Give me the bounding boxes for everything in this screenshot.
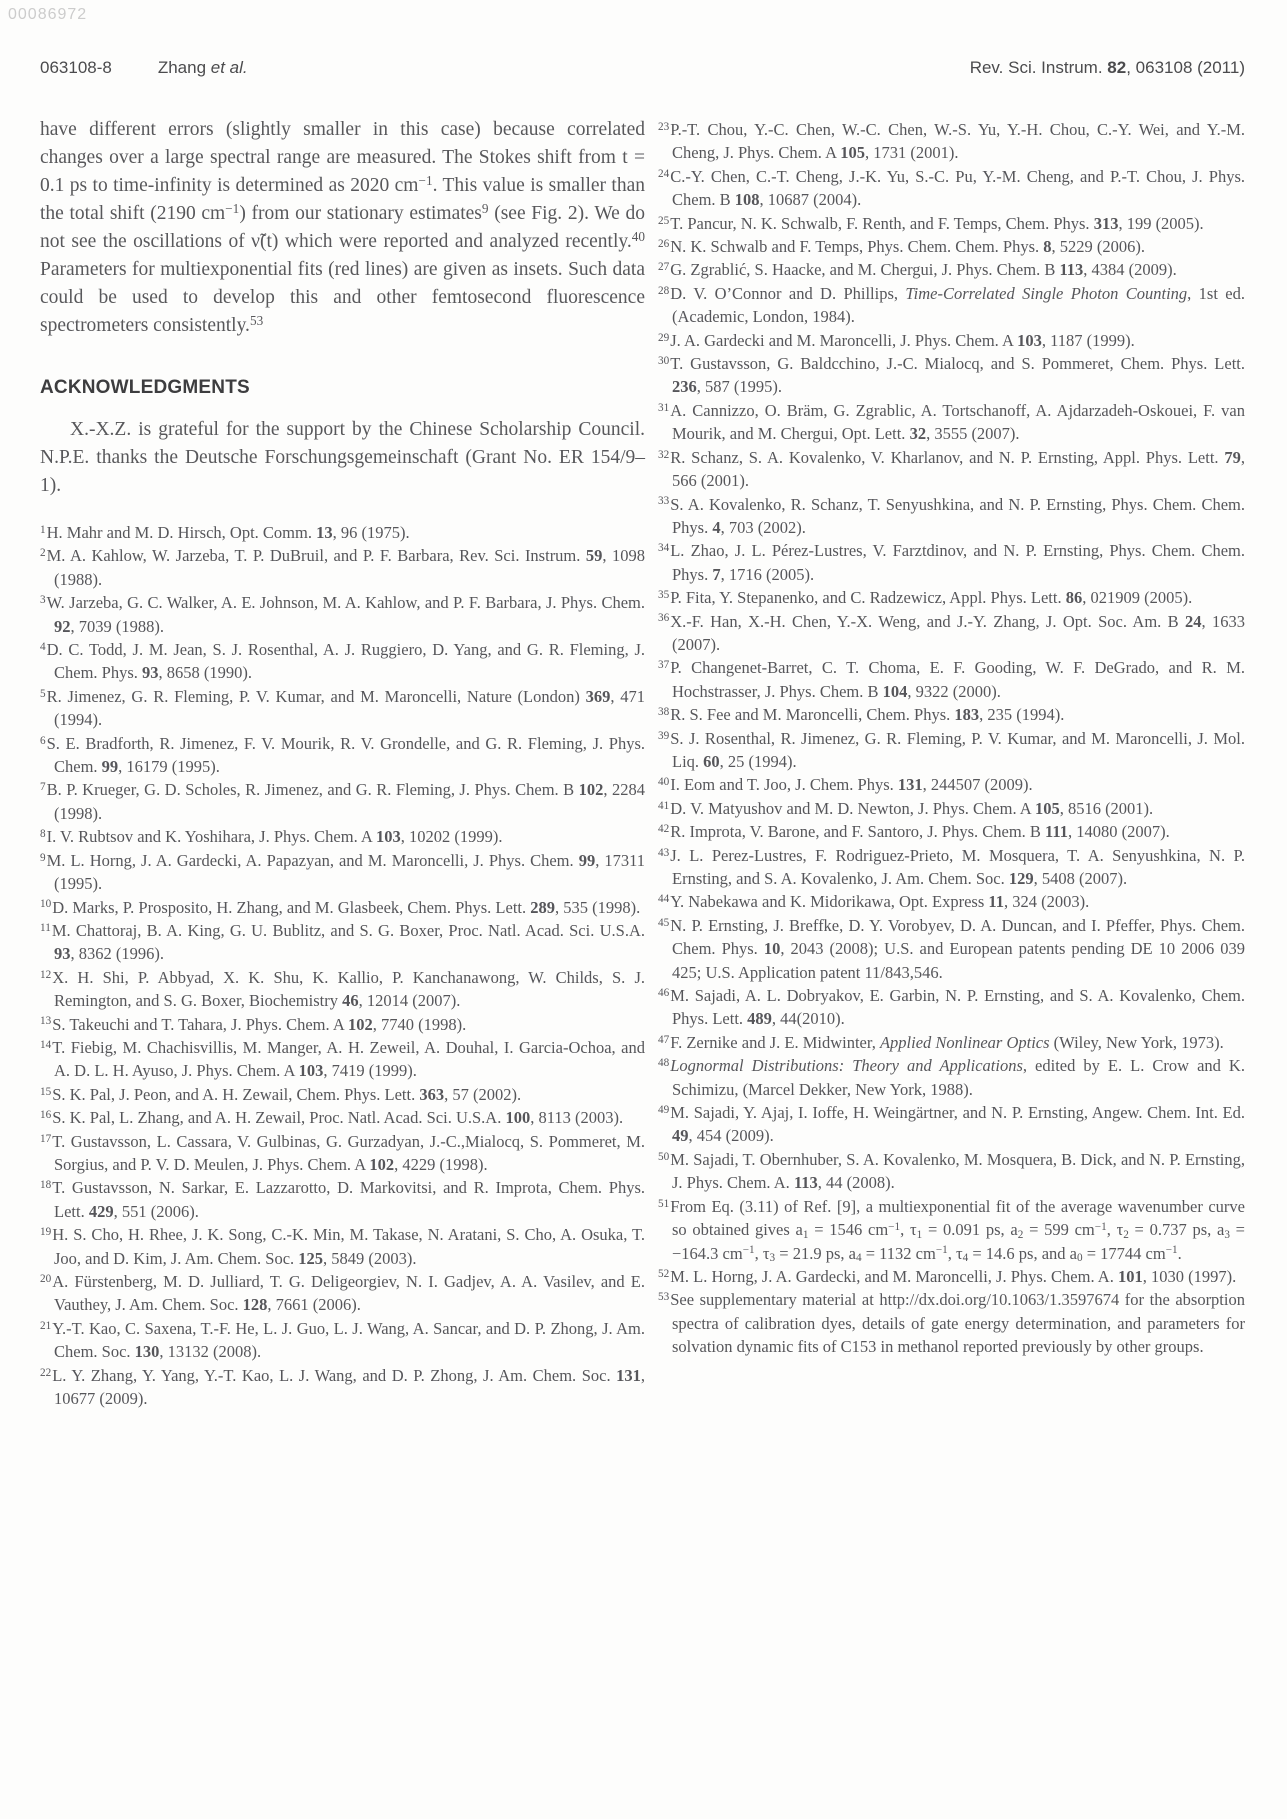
two-column-body: have different errors (slightly smaller …: [40, 116, 1245, 1410]
reference-number: 23: [658, 121, 669, 133]
right-column: 23P.-T. Chou, Y.-C. Chen, W.-C. Chen, W.…: [658, 116, 1245, 1410]
reference-number: 8: [40, 828, 46, 840]
reference-number: 39: [658, 730, 669, 742]
reference-item: 29J. A. Gardecki and M. Maroncelli, J. P…: [658, 329, 1245, 352]
reference-item: 21Y.-T. Kao, C. Saxena, T.-F. He, L. J. …: [40, 1317, 645, 1364]
reference-item: 42R. Improta, V. Barone, and F. Santoro,…: [658, 820, 1245, 843]
reference-item: 2M. A. Kahlow, W. Jarzeba, T. P. DuBruil…: [40, 544, 645, 591]
page-number: 063108-8: [40, 58, 112, 78]
reference-number: 45: [658, 917, 669, 929]
doi-link[interactable]: http://dx.doi.org/10.1063/1.3597674: [879, 1290, 1119, 1309]
reference-item: 26N. K. Schwalb and F. Temps, Phys. Chem…: [658, 235, 1245, 258]
reference-item: 40I. Eom and T. Joo, J. Chem. Phys. 131,…: [658, 773, 1245, 796]
reference-number: 36: [658, 612, 669, 624]
reference-item: 51From Eq. (3.11) of Ref. [9], a multiex…: [658, 1195, 1245, 1265]
reference-number: 11: [40, 922, 51, 934]
reference-item: 15S. K. Pal, J. Peon, and A. H. Zewail, …: [40, 1083, 645, 1106]
reference-item: 23P.-T. Chou, Y.-C. Chen, W.-C. Chen, W.…: [658, 118, 1245, 165]
running-authors: Zhang et al.: [158, 58, 248, 78]
acknowledgments-paragraph: X.-X.Z. is grateful for the support by t…: [40, 416, 645, 500]
reference-number: 35: [658, 589, 669, 601]
reference-item: 37P. Changenet-Barret, C. T. Choma, E. F…: [658, 656, 1245, 703]
reference-item: 39S. J. Rosenthal, R. Jimenez, G. R. Fle…: [658, 727, 1245, 774]
reference-item: 11M. Chattoraj, B. A. King, G. U. Bublit…: [40, 919, 645, 966]
reference-number: 52: [658, 1268, 669, 1280]
reference-number: 19: [40, 1226, 51, 1238]
reference-number: 22: [40, 1367, 51, 1379]
reference-item: 53See supplementary material at http://d…: [658, 1288, 1245, 1358]
reference-item: 45N. P. Ernsting, J. Breffke, D. Y. Voro…: [658, 914, 1245, 984]
reference-item: 28D. V. O’Connor and D. Phillips, Time-C…: [658, 282, 1245, 329]
reference-number: 49: [658, 1104, 669, 1116]
acknowledgments-heading: ACKNOWLEDGMENTS: [40, 377, 645, 399]
reference-number: 46: [658, 987, 669, 999]
reference-item: 35P. Fita, Y. Stepanenko, and C. Radzewi…: [658, 586, 1245, 609]
reference-item: 36X.-F. Han, X.-H. Chen, Y.-X. Weng, and…: [658, 610, 1245, 657]
reference-item: 5R. Jimenez, G. R. Fleming, P. V. Kumar,…: [40, 685, 645, 732]
reference-number: 28: [658, 285, 669, 297]
reference-item: 8I. V. Rubtsov and K. Yoshihara, J. Phys…: [40, 825, 645, 848]
reference-number: 33: [658, 495, 669, 507]
reference-item: 33S. A. Kovalenko, R. Schanz, T. Senyush…: [658, 493, 1245, 540]
reference-number: 32: [658, 449, 669, 461]
running-header-right: Rev. Sci. Instrum. 82, 063108 (2011): [970, 58, 1245, 78]
reference-item: 34L. Zhao, J. L. Pérez-Lustres, V. Farzt…: [658, 539, 1245, 586]
reference-item: 14T. Fiebig, M. Chachisvillis, M. Manger…: [40, 1036, 645, 1083]
left-column: have different errors (slightly smaller …: [40, 116, 645, 1410]
reference-number: 24: [658, 168, 669, 180]
reference-item: 27G. Zgrablić, S. Haacke, and M. Chergui…: [658, 258, 1245, 281]
reference-item: 30T. Gustavsson, G. Baldcchino, J.-C. Mi…: [658, 352, 1245, 399]
paper-page: 00086972 063108-8 Zhang et al. Rev. Sci.…: [0, 0, 1287, 1819]
running-header-left: 063108-8 Zhang et al.: [40, 58, 248, 78]
reference-number: 9: [40, 852, 46, 864]
reference-number: 21: [40, 1320, 51, 1332]
reference-number: 38: [658, 706, 669, 718]
reference-number: 42: [658, 823, 669, 835]
scan-watermark: 00086972: [8, 6, 87, 24]
reference-number: 15: [40, 1086, 51, 1098]
reference-number: 26: [658, 238, 669, 250]
reference-number: 5: [40, 688, 46, 700]
reference-number: 7: [40, 781, 46, 793]
reference-number: 4: [40, 641, 46, 653]
reference-number: 51: [658, 1198, 669, 1210]
reference-number: 34: [658, 542, 669, 554]
reference-item: 9M. L. Horng, J. A. Gardecki, A. Papazya…: [40, 849, 645, 896]
reference-number: 14: [40, 1039, 51, 1051]
reference-number: 41: [658, 800, 669, 812]
reference-list-left: 1H. Mahr and M. D. Hirsch, Opt. Comm. 13…: [40, 521, 645, 1410]
reference-item: 48Lognormal Distributions: Theory and Ap…: [658, 1054, 1245, 1101]
reference-item: 22L. Y. Zhang, Y. Yang, Y.-T. Kao, L. J.…: [40, 1364, 645, 1411]
reference-item: 10D. Marks, P. Prosposito, H. Zhang, and…: [40, 896, 645, 919]
reference-list-right: 23P.-T. Chou, Y.-C. Chen, W.-C. Chen, W.…: [658, 118, 1245, 1359]
reference-number: 18: [40, 1179, 51, 1191]
reference-item: 7B. P. Krueger, G. D. Scholes, R. Jimene…: [40, 778, 645, 825]
running-authors-etal: et al.: [211, 58, 248, 77]
reference-number: 40: [658, 776, 669, 788]
reference-item: 43J. L. Perez-Lustres, F. Rodriguez-Prie…: [658, 844, 1245, 891]
reference-item: 46M. Sajadi, A. L. Dobryakov, E. Garbin,…: [658, 984, 1245, 1031]
reference-number: 27: [658, 261, 669, 273]
reference-item: 52M. L. Horng, J. A. Gardecki, and M. Ma…: [658, 1265, 1245, 1288]
reference-item: 32R. Schanz, S. A. Kovalenko, V. Kharlan…: [658, 446, 1245, 493]
reference-number: 6: [40, 735, 46, 747]
reference-item: 44Y. Nabekawa and K. Midorikawa, Opt. Ex…: [658, 890, 1245, 913]
reference-number: 12: [40, 969, 51, 981]
reference-number: 31: [658, 402, 669, 414]
reference-number: 25: [658, 215, 669, 227]
reference-item: 25T. Pancur, N. K. Schwalb, F. Renth, an…: [658, 212, 1245, 235]
reference-item: 18T. Gustavsson, N. Sarkar, E. Lazzarott…: [40, 1176, 645, 1223]
reference-item: 16S. K. Pal, L. Zhang, and A. H. Zewail,…: [40, 1106, 645, 1129]
reference-item: 20A. Fürstenberg, M. D. Julliard, T. G. …: [40, 1270, 645, 1317]
reference-item: 17T. Gustavsson, L. Cassara, V. Gulbinas…: [40, 1130, 645, 1177]
reference-number: 48: [658, 1057, 669, 1069]
reference-item: 49M. Sajadi, Y. Ajaj, I. Ioffe, H. Weing…: [658, 1101, 1245, 1148]
reference-number: 47: [658, 1034, 669, 1046]
reference-item: 13S. Takeuchi and T. Tahara, J. Phys. Ch…: [40, 1013, 645, 1036]
reference-item: 12X. H. Shi, P. Abbyad, X. K. Shu, K. Ka…: [40, 966, 645, 1013]
reference-item: 38R. S. Fee and M. Maroncelli, Chem. Phy…: [658, 703, 1245, 726]
reference-item: 3W. Jarzeba, G. C. Walker, A. E. Johnson…: [40, 591, 645, 638]
reference-item: 4D. C. Todd, J. M. Jean, S. J. Rosenthal…: [40, 638, 645, 685]
reference-number: 20: [40, 1273, 51, 1285]
running-authors-name: Zhang: [158, 58, 211, 77]
reference-item: 24C.-Y. Chen, C.-T. Cheng, J.-K. Yu, S.-…: [658, 165, 1245, 212]
reference-item: 19H. S. Cho, H. Rhee, J. K. Song, C.-K. …: [40, 1223, 645, 1270]
reference-number: 29: [658, 332, 669, 344]
reference-number: 1: [40, 524, 46, 536]
reference-item: 50M. Sajadi, T. Obernhuber, S. A. Kovale…: [658, 1148, 1245, 1195]
reference-number: 43: [658, 847, 669, 859]
reference-item: 6S. E. Bradforth, R. Jimenez, F. V. Mour…: [40, 732, 645, 779]
reference-item: 41D. V. Matyushov and M. D. Newton, J. P…: [658, 797, 1245, 820]
reference-number: 30: [658, 355, 669, 367]
reference-number: 13: [40, 1015, 51, 1027]
reference-number: 16: [40, 1109, 51, 1121]
reference-item: 31A. Cannizzo, O. Bräm, G. Zgrablic, A. …: [658, 399, 1245, 446]
closing-paragraph: have different errors (slightly smaller …: [40, 116, 645, 340]
reference-number: 10: [40, 898, 51, 910]
reference-number: 50: [658, 1151, 669, 1163]
reference-number: 17: [40, 1133, 51, 1145]
reference-number: 53: [658, 1291, 669, 1303]
reference-number: 3: [40, 594, 46, 606]
reference-number: 37: [658, 659, 669, 671]
running-header: 063108-8 Zhang et al. Rev. Sci. Instrum.…: [40, 58, 1245, 78]
reference-item: 1H. Mahr and M. D. Hirsch, Opt. Comm. 13…: [40, 521, 645, 544]
reference-item: 47F. Zernike and J. E. Midwinter, Applie…: [658, 1031, 1245, 1054]
reference-number: 44: [658, 893, 669, 905]
reference-number: 2: [40, 547, 46, 559]
